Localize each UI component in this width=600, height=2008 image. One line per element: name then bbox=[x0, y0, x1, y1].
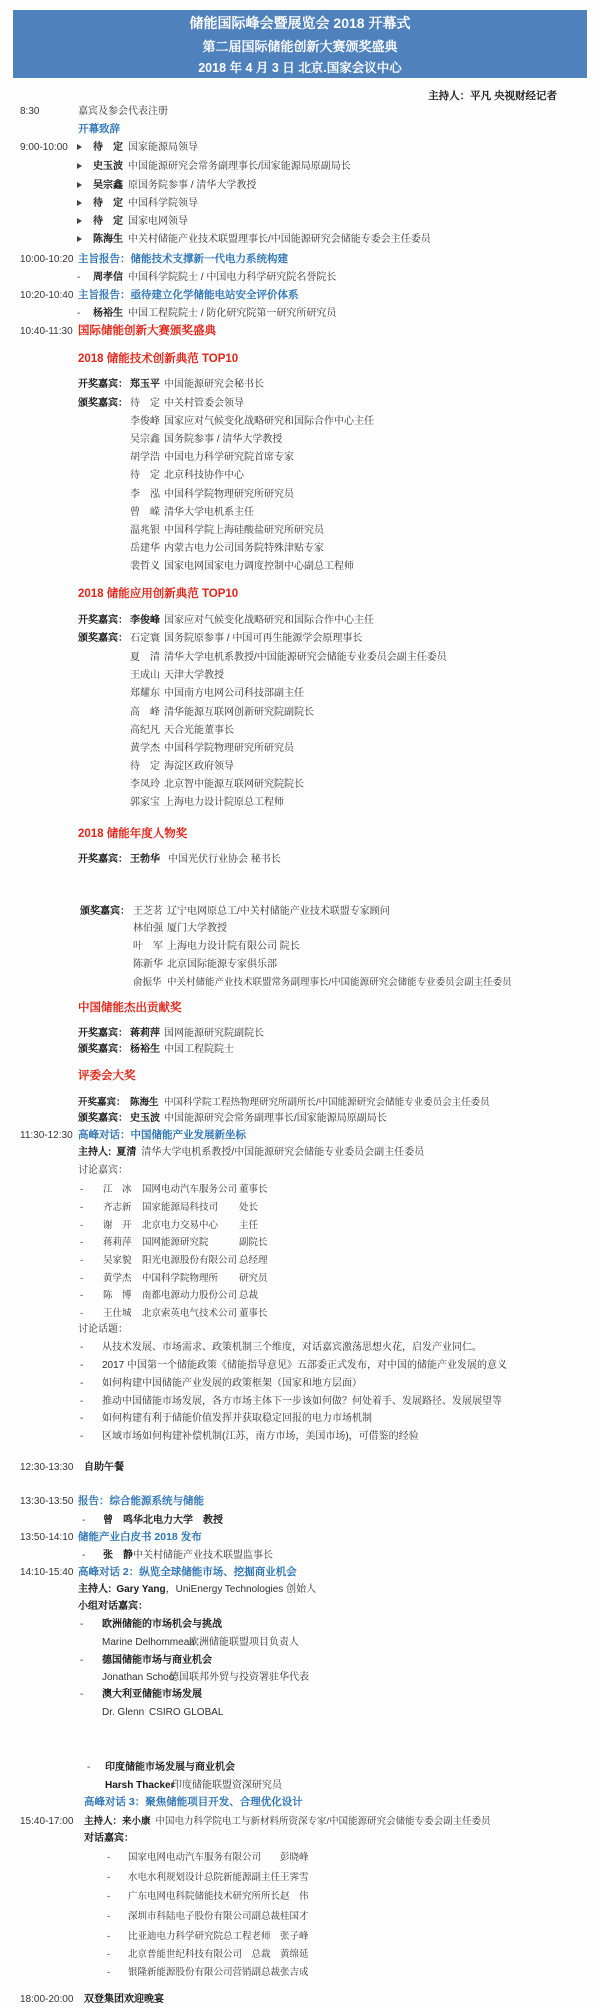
person-title: 中国科学院物理研究所研究员 bbox=[164, 743, 294, 754]
panelist-row: -银隆新能源股份有限公司营销副总裁张吉成 bbox=[0, 1966, 600, 1979]
award-person-of-year-title: 2018 储能年度人物奖 bbox=[0, 828, 600, 841]
award-app-top10-title: 2018 储能应用创新典范 TOP10 bbox=[0, 588, 600, 601]
dash-bullet: - bbox=[80, 1395, 102, 1408]
dash-bullet: - bbox=[107, 1966, 128, 1979]
person-name: Harsh Thacker bbox=[105, 1779, 172, 1792]
person-title: CSIRO GLOBAL bbox=[149, 1707, 223, 1718]
person-title: 中国电力科学院电工与新材料所资深专家/中国能源研究会储能专委会副主任委员 bbox=[156, 1816, 491, 1827]
guest-row: 颁奖嘉宾：石定寰国务院原参事 / 中国可再生能源学会原理事长 bbox=[0, 632, 600, 645]
award-gala-title: 10:40-11:30国际储能创新大赛颁奖盛典 bbox=[0, 325, 600, 338]
panelists-label: 讨论嘉宾： bbox=[0, 1164, 600, 1177]
time-label: 18:00-20:00 bbox=[20, 1993, 73, 2006]
person-name: 蒋莉萍 bbox=[130, 1027, 164, 1040]
person-name: 待 定 bbox=[130, 397, 164, 410]
guest-row: 史玉波中国能源研究会常务副理事长/国家能源局原副局长 bbox=[0, 160, 600, 173]
org-name: 广东电网电科院储能技术研究所所长 bbox=[128, 1890, 280, 1903]
person-name: 杨裕生 bbox=[130, 1043, 164, 1056]
arrow-bullet-icon bbox=[77, 163, 82, 169]
org-name: 北京普能世纪科技有限公司 总裁 bbox=[128, 1948, 280, 1961]
dialog-2-title: 14:10-15:40高峰对话 2：纵览全球储能市场、挖掘商业机会 bbox=[0, 1566, 600, 1579]
guest-row: 颁奖嘉宾：王芝茗辽宁电网原总工/中关村储能产业技术联盟专家顾问 bbox=[0, 905, 600, 918]
panelist-row: -国家电网电动汽车服务有限公司彭晓峰 bbox=[0, 1851, 600, 1864]
dialog-1-title: 11:30-12:30高峰对话：中国储能产业发展新坐标 bbox=[0, 1129, 600, 1142]
person-name: 李俊峰 bbox=[130, 415, 164, 428]
dash-bullet: - bbox=[80, 1377, 102, 1390]
person-title: 中国科学院领导 bbox=[128, 198, 198, 209]
time-label: 10:20-10:40 bbox=[20, 289, 73, 302]
person-title: 国家应对气候变化战略研究和国际合作中心主任 bbox=[164, 416, 374, 427]
arrow-bullet bbox=[77, 233, 93, 246]
panelist-row: -陈 博南都电源动力股份公司总裁 bbox=[0, 1289, 600, 1302]
person-name: 江 冰 bbox=[103, 1183, 142, 1196]
person-title: 中国能源研究会秘书长 bbox=[164, 379, 264, 390]
session-title: 高峰对话 2：纵览全球储能市场、挖掘商业机会 bbox=[78, 1566, 297, 1578]
job-title: 总经理 bbox=[239, 1255, 268, 1266]
person-name: 王勃华 bbox=[130, 853, 168, 866]
person-name: 夏清 bbox=[116, 1147, 136, 1158]
person-name: 彭晓峰 bbox=[280, 1852, 309, 1863]
report-integrated-energy-title: 13:30-13:50报告：综合能源系统与储能 bbox=[0, 1495, 600, 1508]
guest-row: 李 泓中国科学院物理研究所研究员 bbox=[0, 488, 600, 501]
topic-text: 从技术发展、市场需求、政策机制三个维度，对话嘉宾激荡思想火花，启发产业同仁。 bbox=[102, 1342, 482, 1353]
dash-bullet: - bbox=[80, 1654, 102, 1667]
list-label: 讨论嘉宾： bbox=[78, 1165, 128, 1176]
person-name: 裴哲义 bbox=[130, 560, 164, 573]
dash-bullet: - bbox=[87, 1761, 105, 1774]
org-name: 银隆新能源股份有限公司营销副总裁 bbox=[128, 1966, 280, 1979]
guest-row: 开奖嘉宾：蒋莉萍国网能源研究院副院长 bbox=[0, 1027, 600, 1040]
award-role-label: 开奖嘉宾： bbox=[78, 1027, 130, 1040]
guest-row: 9:00-10:00待 定国家能源局领导 bbox=[0, 141, 600, 154]
agenda-page: 储能国际峰会暨展览会 2018 开幕式 第二届国际储能创新大赛颁奖盛典 2018… bbox=[0, 0, 600, 2008]
topic-row: -如何构建中国储能产业发展的政策框架（国家和地方层面） bbox=[0, 1377, 600, 1390]
arrow-bullet bbox=[77, 160, 93, 173]
list-label: 讨论话题： bbox=[78, 1324, 128, 1335]
person-title: 中国南方电网公司科技部副主任 bbox=[164, 688, 304, 699]
dash-bullet: - bbox=[82, 1549, 103, 1562]
guest-row: 开奖嘉宾：王勃华中国光伏行业协会 秘书长 bbox=[0, 853, 600, 866]
arrow-bullet bbox=[77, 197, 93, 210]
panelists-label: 小组对话嘉宾： bbox=[0, 1600, 600, 1613]
guest-row: 高纪凡天合光能董事长 bbox=[0, 724, 600, 737]
dialog-3-title: 高峰对话 3：聚焦储能项目开发、合理优化设计 bbox=[0, 1796, 600, 1809]
person-title: 国家能源局领导 bbox=[128, 142, 198, 153]
guest-row: 待 定海淀区政府领导 bbox=[0, 760, 600, 773]
topic-row: -德国储能市场与商业机会 bbox=[0, 1654, 600, 1667]
dash-bullet: - bbox=[107, 1890, 128, 1903]
org-name: 南都电源动力股份公司 bbox=[142, 1289, 239, 1302]
org-name: 北京索英电气技术公司 bbox=[142, 1307, 239, 1320]
person-name: 史玉波 bbox=[130, 1112, 164, 1125]
person-title: 中国工程院院士 bbox=[164, 1044, 234, 1055]
person-name: Jonathan Schoo bbox=[102, 1671, 164, 1684]
dash-bullet: - bbox=[107, 1851, 128, 1864]
session-title: 报告：综合能源系统与储能 bbox=[78, 1495, 204, 1507]
guest-row: 颁奖嘉宾：待 定中关村管委会领导 bbox=[0, 397, 600, 410]
panelist-row: -深圳市科陆电子股份有限公司副总裁桂国才 bbox=[0, 1910, 600, 1923]
topic-text: 区域市场如何构建补偿机制(江苏，南方市场，美国市场)，可借鉴的经验 bbox=[102, 1431, 419, 1442]
person-title: 中关村管委会领导 bbox=[164, 398, 244, 409]
award-role-label: 颁奖嘉宾： bbox=[78, 632, 130, 645]
guest-row: Jonathan Schoo德国联邦外贸与投资署驻华代表 bbox=[0, 1671, 600, 1684]
award-role-label: 颁奖嘉宾： bbox=[80, 905, 133, 918]
person-name: 待 定 bbox=[130, 760, 164, 773]
person-title: 中国科学院上海硅酸盐研究所研究员 bbox=[164, 525, 324, 536]
dash-bullet: - bbox=[80, 1430, 102, 1443]
arrow-bullet-icon bbox=[77, 218, 82, 224]
dash-bullet: - bbox=[80, 1618, 102, 1631]
event-label: 自助午餐 bbox=[84, 1462, 124, 1473]
person-name: 郭家宝 bbox=[130, 796, 164, 809]
org-name: 水电水利规划设计总院新能源副主任 bbox=[128, 1871, 280, 1884]
award-role-label: 开奖嘉宾： bbox=[78, 853, 130, 866]
guest-row: 裴哲义国家电网国家电力调度控制中心副总工程师 bbox=[0, 560, 600, 573]
person-name: 王芝茗 bbox=[133, 905, 167, 918]
person-name: 李凤玲 bbox=[130, 778, 164, 791]
dash-bullet: - bbox=[80, 1341, 102, 1354]
person-title: 国务院原参事 / 中国可再生能源学会原理事长 bbox=[164, 633, 362, 644]
person-title: 辽宁电网原总工/中关村储能产业技术联盟专家顾问 bbox=[167, 906, 390, 917]
session-title: 开幕致辞 bbox=[78, 123, 120, 135]
person-title: 中国工程院院士 / 防化研究院第一研究所研究员 bbox=[128, 308, 336, 319]
award-role-label: 颁奖嘉宾： bbox=[78, 397, 130, 410]
award-role-label: 开奖嘉宾： bbox=[78, 614, 130, 627]
person-title: 内蒙古电力公司国务院特殊津贴专家 bbox=[164, 543, 324, 554]
person-title: ，UniEnergy Technologies 创始人 bbox=[166, 1584, 316, 1595]
guest-row: 吴宗鑫原国务院参事 / 清华大学教授 bbox=[0, 179, 600, 192]
session-title: 储能产业白皮书 2018 发布 bbox=[78, 1531, 202, 1543]
person-name: 郑耀东 bbox=[130, 687, 164, 700]
section-title: 2018 储能技术创新典范 TOP10 bbox=[78, 353, 238, 365]
job-title: 处长 bbox=[239, 1202, 258, 1213]
person-title: 北京国际能源专家俱乐部 bbox=[167, 959, 277, 970]
dash-bullet: - bbox=[80, 1688, 102, 1701]
dash-bullet: - bbox=[80, 1289, 103, 1302]
guest-row: 开奖嘉宾：李俊峰国家应对气候变化战略研究和国际合作中心主任 bbox=[0, 614, 600, 627]
guest-row: 陈新华北京国际能源专家俱乐部 bbox=[0, 958, 600, 971]
person-name: 赵 伟 bbox=[280, 1891, 309, 1902]
award-role-label: 颁奖嘉宾： bbox=[78, 1043, 130, 1056]
person-name: 陈海生 bbox=[93, 233, 128, 246]
event-title-line1: 储能国际峰会暨展览会 2018 开幕式 bbox=[190, 13, 411, 33]
person-name: 吴宗鑫 bbox=[130, 433, 164, 446]
topic-text: 如何构建有利于储能价值发挥并获取稳定回报的电力市场机制 bbox=[102, 1413, 372, 1424]
org-name: 比亚迪电力科学研究院总工程老师 bbox=[128, 1930, 280, 1943]
person-name: 胡学浩 bbox=[130, 451, 164, 464]
person-name: 岳建华 bbox=[130, 542, 164, 555]
person-name: 来小康 bbox=[122, 1816, 151, 1827]
person-name: 吴家貌 bbox=[103, 1254, 142, 1267]
person-title: 中国科学院工程热物理研究所副所长/中国能源研究会储能专业委员会主任委员 bbox=[164, 1097, 490, 1108]
panelist-row: -齐志新国家能源局科技司处长 bbox=[0, 1201, 600, 1214]
org-name: 国家能源局科技司 bbox=[142, 1201, 239, 1214]
person-title: 中国能源研究会常务副理事长/国家能源局原副局长 bbox=[128, 161, 351, 172]
person-title: 天津大学教授 bbox=[164, 670, 224, 681]
person-title: 中国科学院院士 / 中国电力科学研究院名誉院长 bbox=[128, 272, 336, 283]
person-name: 夏 清 bbox=[130, 651, 164, 664]
arrow-bullet-icon bbox=[77, 144, 82, 150]
person-title: 海淀区政府领导 bbox=[164, 761, 234, 772]
person-name: 桂国才 bbox=[280, 1911, 309, 1922]
time-label: 8:30 bbox=[20, 105, 39, 118]
award-tech-top10-title: 2018 储能技术创新典范 TOP10 bbox=[0, 353, 600, 366]
guest-row: -张 静中关村储能产业技术联盟监事长 bbox=[0, 1549, 600, 1562]
award-role-label: 颁奖嘉宾： bbox=[78, 1112, 130, 1125]
dash-bullet: - bbox=[77, 307, 93, 320]
dash-bullet: - bbox=[80, 1254, 103, 1267]
org-name: 深圳市科陆电子股份有限公司副总裁 bbox=[128, 1910, 280, 1923]
org-name: 国家电网电动汽车服务有限公司 bbox=[128, 1851, 280, 1864]
person-title: 上海电力设计院有限公司 院长 bbox=[167, 941, 300, 952]
panelist-row: -王仕城北京索英电气技术公司董事长 bbox=[0, 1307, 600, 1320]
arrow-bullet-icon bbox=[77, 236, 82, 242]
person-title: 国务院参事 / 清华大学教授 bbox=[164, 434, 282, 445]
person-name: Gary Yang bbox=[116, 1584, 165, 1595]
panelist-row: -广东电网电科院储能技术研究所所长赵 伟 bbox=[0, 1890, 600, 1903]
person-title: 中国科学院物理研究所研究员 bbox=[164, 489, 294, 500]
topic-text: 欧洲储能的市场机会与挑战 bbox=[102, 1619, 222, 1630]
section-title: 国际储能创新大赛颁奖盛典 bbox=[78, 325, 216, 337]
person-title: 北京智中能源互联网研究院院长 bbox=[164, 779, 304, 790]
person-name: 张 静 bbox=[103, 1549, 133, 1562]
person-title: 上海电力设计院原总工程师 bbox=[164, 797, 284, 808]
topic-row: -2017 中国第一个储能政策《储能指导意见》五部委正式发布，对中国的储能产业发… bbox=[0, 1359, 600, 1372]
moderator-label: 主持人: bbox=[78, 1147, 111, 1158]
person-title: 国家应对气候变化战略研究和国际合作中心主任 bbox=[164, 615, 374, 626]
time-label: 10:00-10:20 bbox=[20, 253, 73, 266]
session-title: 高峰对话 3：聚焦储能项目开发、合理优化设计 bbox=[84, 1796, 303, 1808]
guest-row: 颁奖嘉宾：史玉波中国能源研究会常务副理事长/国家能源局原副局长 bbox=[0, 1112, 600, 1125]
job-title: 总裁 bbox=[239, 1290, 258, 1301]
panelist-row: -水电水利规划设计总院新能源副主任王霁雪 bbox=[0, 1871, 600, 1884]
guest-row: 夏 清清华大学电机系教授/中国能源研究会储能专业委员会副主任委员 bbox=[0, 651, 600, 664]
guest-row: 郭家宝上海电力设计院原总工程师 bbox=[0, 796, 600, 809]
event-label: 嘉宾及参会代表注册 bbox=[78, 106, 168, 117]
session-title: 主旨报告：储能技术支撑新一代电力系统构建 bbox=[78, 253, 288, 265]
person-name: 待 定 bbox=[93, 215, 128, 228]
person-name: 陈新华 bbox=[133, 958, 167, 971]
person-title: 国家电网国家电力调度控制中心副总工程师 bbox=[164, 561, 354, 572]
arrow-bullet-icon bbox=[77, 200, 82, 206]
person-title: 中国光伏行业协会 秘书长 bbox=[168, 854, 281, 865]
person-name: 张吉成 bbox=[280, 1967, 309, 1978]
guest-row: 岳建华内蒙古电力公司国务院特殊津贴专家 bbox=[0, 542, 600, 555]
whitepaper-title: 13:50-14:10储能产业白皮书 2018 发布 bbox=[0, 1531, 600, 1544]
org-name: 国网电动汽车服务公司 bbox=[142, 1183, 239, 1196]
panelist-row: -蒋莉萍国网能源研究院副院长 bbox=[0, 1236, 600, 1249]
dash-bullet: - bbox=[107, 1871, 128, 1884]
person-name: Marine Delhommeau bbox=[102, 1636, 184, 1649]
guest-row: 待 定北京科技协作中心 bbox=[0, 469, 600, 482]
arrow-bullet bbox=[77, 179, 93, 192]
person-name: Dr. Glenn bbox=[102, 1706, 144, 1719]
person-title: 厦门大学教授 bbox=[167, 923, 227, 934]
moderator-row: 主持人:夏清清华大学电机系教授/中国能源研究会储能专业委员会副主任委员 bbox=[0, 1146, 600, 1159]
person-title: 中关村储能产业技术联盟理事长/中国能源研究会储能专委会主任委员 bbox=[128, 234, 431, 245]
guest-row: Marine Delhommeau欧洲储能联盟项目负责人 bbox=[0, 1636, 600, 1649]
org-name: 中国科学院物理所 bbox=[142, 1272, 239, 1285]
job-title: 董事长 bbox=[239, 1184, 268, 1195]
topic-row: -印度储能市场发展与商业机会 bbox=[0, 1761, 600, 1774]
dash-bullet: - bbox=[107, 1910, 128, 1923]
panelist-row: -北京普能世纪科技有限公司 总裁黄绵延 bbox=[0, 1948, 600, 1961]
guest-row: 俞振华中关村储能产业技术联盟常务副理事长/中国能源研究会储能专业委员会副主任委员 bbox=[0, 976, 600, 989]
person-title: 中国电力科学研究院首席专家 bbox=[164, 452, 294, 463]
person-name: 高纪凡 bbox=[130, 724, 164, 737]
topic-row: -推动中国储能市场发展，各方市场主体下一步该如何做？何处着手、发展路径、发展展望… bbox=[0, 1395, 600, 1408]
person-title: 中关村储能产业技术联盟监事长 bbox=[133, 1550, 273, 1561]
topic-row: -从技术发展、市场需求、政策机制三个维度，对话嘉宾激荡思想火花，启发产业同仁。 bbox=[0, 1341, 600, 1354]
person-name: 王仕城 bbox=[103, 1307, 142, 1320]
event-label: 双登集团欢迎晚宴 bbox=[84, 1994, 164, 2005]
person-name: 李俊峰 bbox=[130, 614, 164, 627]
dash-bullet: - bbox=[82, 1514, 103, 1527]
guest-row: 李凤玲北京智中能源互联网研究院院长 bbox=[0, 778, 600, 791]
dash-bullet: - bbox=[80, 1272, 103, 1285]
dinner-row: 18:00-20:00双登集团欢迎晚宴 bbox=[0, 1993, 600, 2006]
person-name: 王霁雪 bbox=[280, 1872, 309, 1883]
person-name: 待 定 bbox=[93, 197, 128, 210]
person-title: 清华大学电机系教授/中国能源研究会储能专业委员会副主任委员 bbox=[164, 652, 447, 663]
guest-row: -曾 鸣华北电力大学 教授 bbox=[0, 1514, 600, 1527]
job-title: 主任 bbox=[239, 1220, 258, 1231]
guest-row: 郑耀东中国南方电网公司科技部副主任 bbox=[0, 687, 600, 700]
dash-bullet: - bbox=[80, 1201, 103, 1214]
topic-text: 印度储能市场发展与商业机会 bbox=[105, 1762, 235, 1773]
guest-row: 王成山天津大学教授 bbox=[0, 669, 600, 682]
guest-row: 颁奖嘉宾：杨裕生中国工程院院士 bbox=[0, 1043, 600, 1056]
person-name: 蒋莉萍 bbox=[103, 1236, 142, 1249]
dash-bullet: - bbox=[80, 1219, 103, 1232]
person-name: 待 定 bbox=[130, 469, 164, 482]
person-name: 王成山 bbox=[130, 669, 164, 682]
person-name: 黄学杰 bbox=[130, 742, 164, 755]
award-role-label: 开奖嘉宾： bbox=[78, 378, 130, 391]
dash-bullet: - bbox=[80, 1412, 102, 1425]
person-name: 谢 开 bbox=[103, 1219, 142, 1232]
job-title: 研究员 bbox=[239, 1273, 268, 1284]
section-title: 2018 储能应用创新典范 TOP10 bbox=[78, 588, 238, 600]
time-label: 13:30-13:50 bbox=[20, 1495, 73, 1508]
person-name: 杨裕生 bbox=[93, 307, 128, 320]
job-title: 副院长 bbox=[239, 1237, 268, 1248]
time-label: 10:40-11:30 bbox=[20, 325, 73, 338]
panelist-row: -江 冰国网电动汽车服务公司董事长 bbox=[0, 1183, 600, 1196]
row-registration: 8:30嘉宾及参会代表注册 bbox=[0, 105, 600, 118]
person-name: 高 峰 bbox=[130, 706, 164, 719]
time-label: 12:30-13:30 bbox=[20, 1461, 73, 1474]
person-name: 张子峰 bbox=[280, 1931, 309, 1942]
arrow-bullet bbox=[77, 141, 93, 154]
person-name: 郑玉平 bbox=[130, 378, 164, 391]
person-name: 俞振华 bbox=[133, 976, 167, 989]
person-title: 国网能源研究院副院长 bbox=[164, 1028, 264, 1039]
keynote-1-title: 10:00-10:20主旨报告：储能技术支撑新一代电力系统构建 bbox=[0, 253, 600, 266]
dash-bullet: - bbox=[80, 1307, 103, 1320]
panelist-row: -比亚迪电力科学研究院总工程老师张子峰 bbox=[0, 1930, 600, 1943]
person-name: 曾 嵘 bbox=[130, 506, 164, 519]
guest-row: 待 定国家电网领导 bbox=[0, 215, 600, 228]
moderator-row: 主持人:Gary Yang，UniEnergy Technologies 创始人 bbox=[0, 1583, 600, 1596]
person-title: 北京科技协作中心 bbox=[164, 470, 244, 481]
person-title: 中国能源研究会常务副理事长/国家能源局原副局长 bbox=[164, 1113, 387, 1124]
section-title: 评委会大奖 bbox=[78, 1070, 136, 1082]
section-title: 中国储能杰出贡献奖 bbox=[78, 1002, 182, 1014]
guest-row: 李俊峰国家应对气候变化战略研究和国际合作中心主任 bbox=[0, 415, 600, 428]
org-name: 国网能源研究院 bbox=[142, 1236, 239, 1249]
person-title: 欧洲储能联盟项目负责人 bbox=[189, 1637, 299, 1648]
time-label: 15:40-17:00 bbox=[20, 1815, 73, 1828]
person-name: 齐志新 bbox=[103, 1201, 142, 1214]
person-title: 原国务院参事 / 清华大学教授 bbox=[128, 180, 256, 191]
person-name: 石定寰 bbox=[130, 632, 164, 645]
person-title: 中关村储能产业技术联盟常务副理事长/中国能源研究会储能专业委员会副主任委员 bbox=[167, 977, 512, 988]
panelist-row: -谢 开北京电力交易中心主任 bbox=[0, 1219, 600, 1232]
arrow-bullet-icon bbox=[77, 182, 82, 188]
topic-row: -区域市场如何构建补偿机制(江苏，南方市场，美国市场)，可借鉴的经验 bbox=[0, 1430, 600, 1443]
time-label: 14:10-15:40 bbox=[20, 1566, 73, 1579]
panelists-label: 对话嘉宾： bbox=[0, 1832, 600, 1845]
dash-bullet: - bbox=[107, 1930, 128, 1943]
person-name: 曾 鸣 bbox=[103, 1514, 133, 1527]
dash-bullet: - bbox=[80, 1359, 102, 1372]
arrow-bullet bbox=[77, 215, 93, 228]
award-outstanding-contribution-title: 中国储能杰出贡献奖 bbox=[0, 1002, 600, 1015]
guest-row: 吴宗鑫国务院参事 / 清华大学教授 bbox=[0, 433, 600, 446]
session-title: 高峰对话：中国储能产业发展新坐标 bbox=[78, 1129, 246, 1141]
time-label: 11:30-12:30 bbox=[20, 1129, 73, 1142]
guest-row: 温兆银中国科学院上海硅酸盐研究所研究员 bbox=[0, 524, 600, 537]
guest-row: 高 峰清华能源互联网创新研究院副院长 bbox=[0, 706, 600, 719]
person-title: 清华能源互联网创新研究院副院长 bbox=[164, 707, 314, 718]
list-label: 对话嘉宾： bbox=[84, 1833, 134, 1844]
person-name: 李 泓 bbox=[130, 488, 164, 501]
person-title: 华北电力大学 教授 bbox=[133, 1515, 223, 1526]
person-name: 吴宗鑫 bbox=[93, 179, 128, 192]
award-role-label: 开奖嘉宾： bbox=[78, 1096, 130, 1109]
topic-text: 2017 中国第一个储能政策《储能指导意见》五部委正式发布，对中国的储能产业发展… bbox=[102, 1360, 507, 1371]
dash-bullet: - bbox=[77, 271, 93, 284]
guest-row: 开奖嘉宾：陈海生中国科学院工程热物理研究所副所长/中国能源研究会储能专业委员会主… bbox=[0, 1096, 600, 1109]
dash-bullet: - bbox=[80, 1236, 103, 1249]
list-label: 小组对话嘉宾： bbox=[78, 1601, 148, 1612]
topics-label: 讨论话题： bbox=[0, 1323, 600, 1336]
moderator-row: 15:40-17:00主持人：来小康中国电力科学院电工与新材料所资深专家/中国能… bbox=[0, 1815, 600, 1828]
person-name: 黄学杰 bbox=[103, 1272, 142, 1285]
person-name: 史玉波 bbox=[93, 160, 128, 173]
keynote-2-title: 10:20-10:40主旨报告：亟待建立化学储能电站安全评价体系 bbox=[0, 289, 600, 302]
panelist-row: -黄学杰中国科学院物理所研究员 bbox=[0, 1272, 600, 1285]
person-name: 周孝信 bbox=[93, 271, 128, 284]
panelist-row: -吴家貌阳光电源股份有限公司总经理 bbox=[0, 1254, 600, 1267]
guest-row: 待 定中国科学院领导 bbox=[0, 197, 600, 210]
guest-row: 陈海生中关村储能产业技术联盟理事长/中国能源研究会储能专委会主任委员 bbox=[0, 233, 600, 246]
person-name: 温兆银 bbox=[130, 524, 164, 537]
person-name: 陈 博 bbox=[103, 1289, 142, 1302]
person-title: 清华大学电机系主任 bbox=[164, 507, 254, 518]
lunch-row: 12:30-13:30自助午餐 bbox=[0, 1461, 600, 1474]
org-name: 阳光电源股份有限公司 bbox=[142, 1254, 239, 1267]
section-title: 2018 储能年度人物奖 bbox=[78, 828, 187, 840]
guest-row: 林伯强厦门大学教授 bbox=[0, 922, 600, 935]
job-title: 董事长 bbox=[239, 1308, 268, 1319]
moderator-label: 主持人： bbox=[84, 1816, 122, 1827]
person-title: 国家电网领导 bbox=[128, 216, 188, 227]
person-name: 叶 军 bbox=[133, 940, 167, 953]
person-name: 黄绵延 bbox=[280, 1949, 309, 1960]
moderator-label: 主持人: bbox=[78, 1584, 111, 1595]
time-label: 13:50-14:10 bbox=[20, 1531, 73, 1544]
